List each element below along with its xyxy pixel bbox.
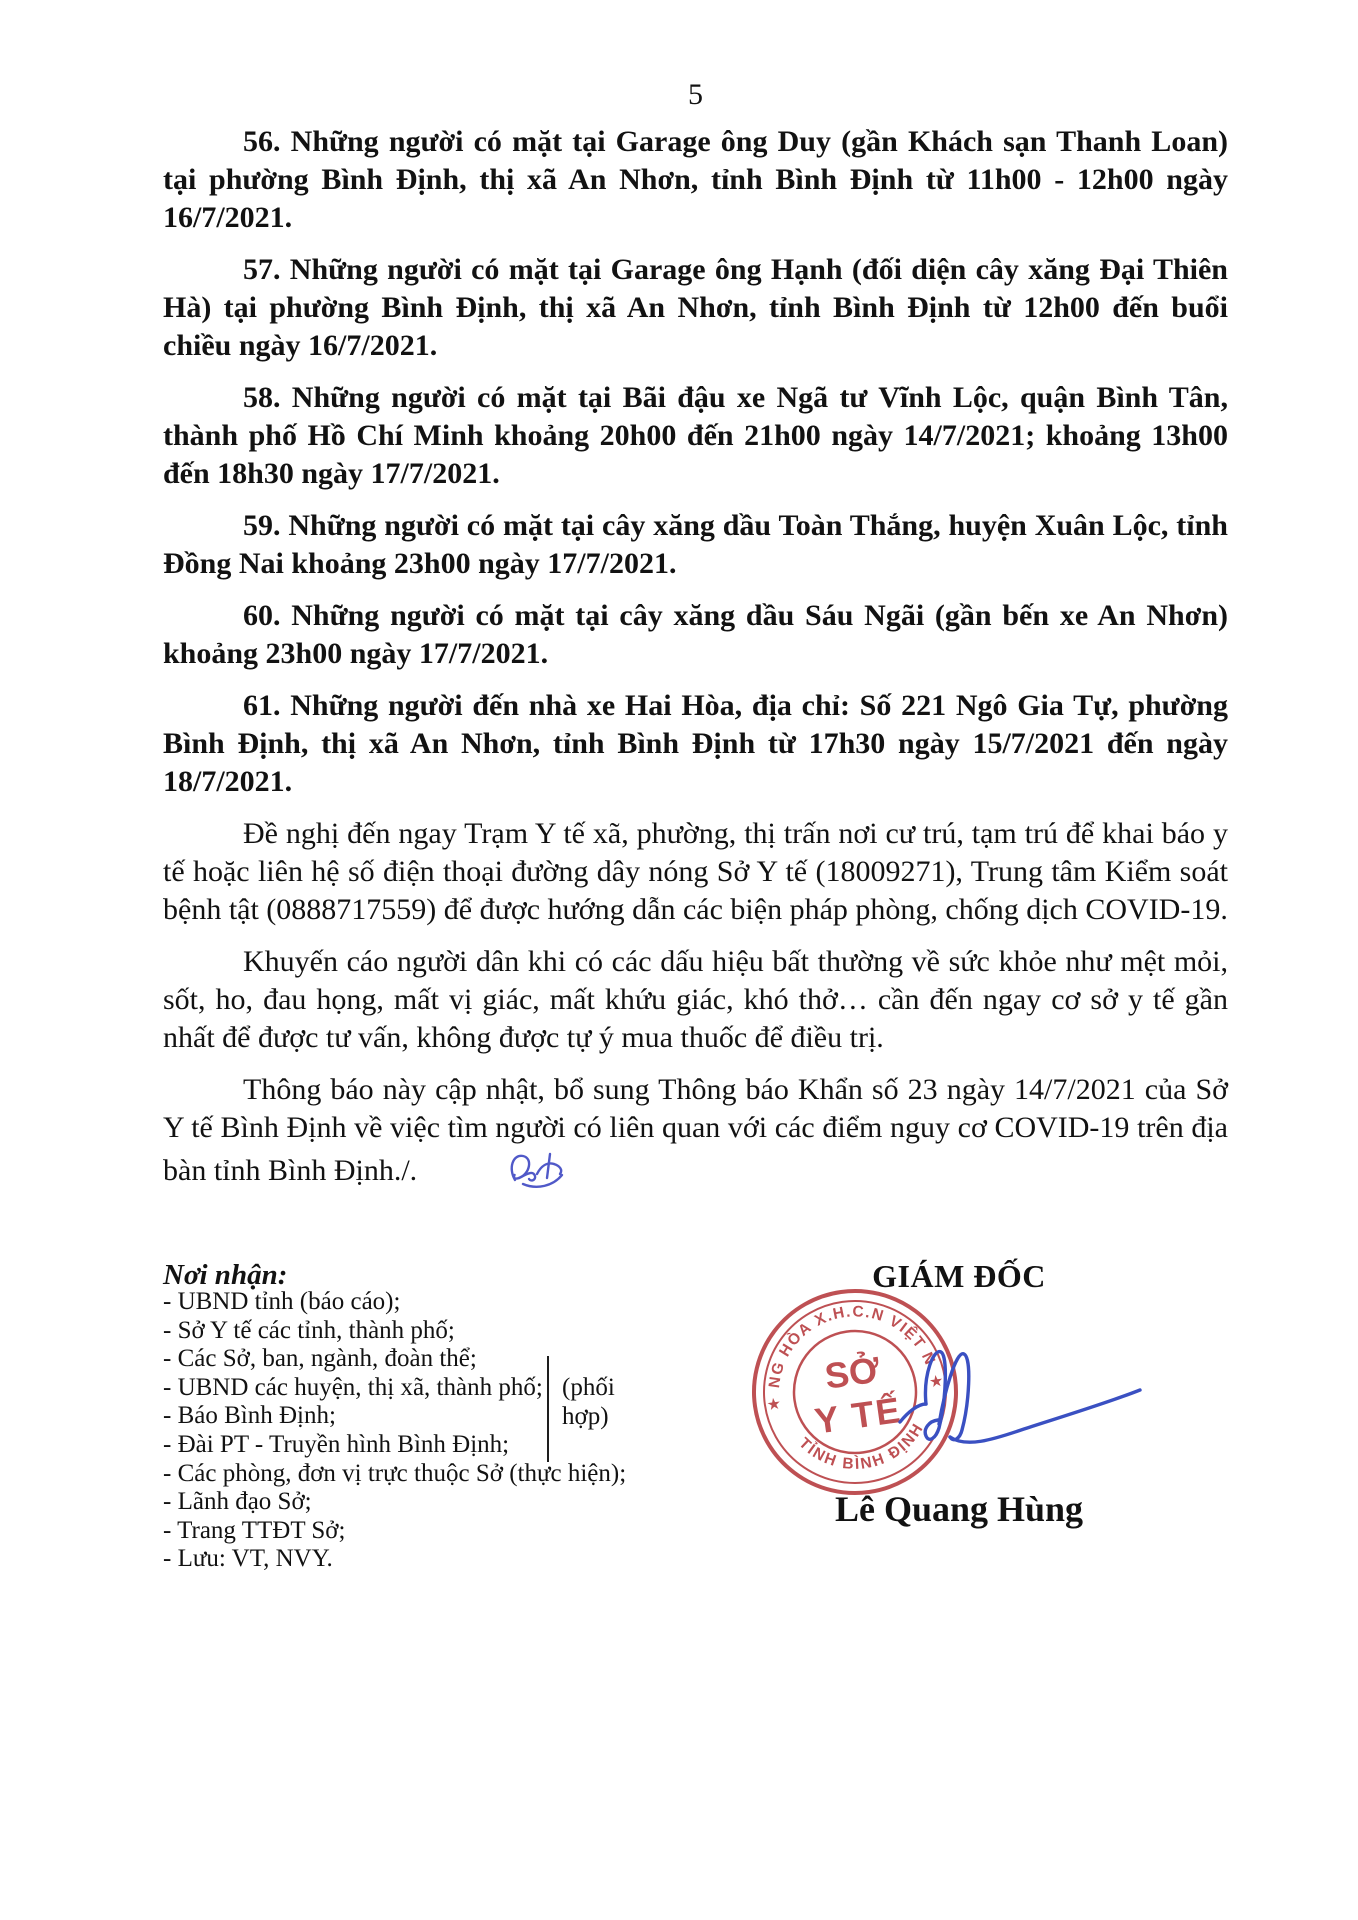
stamp-star-left-icon: ★ — [766, 1395, 783, 1414]
list-item-60: 60. Những người có mặt tại cây xăng dầu … — [163, 597, 1228, 673]
paragraph-update: Thông báo này cập nhật, bổ sung Thông bá… — [163, 1071, 1228, 1203]
recipient-line: - Lãnh đạo Sở; — [163, 1488, 626, 1517]
coordination-bracket-line — [547, 1356, 549, 1462]
recipients-list: - UBND tỉnh (báo cáo); - Sở Y tế các tỉn… — [163, 1288, 626, 1574]
list-item-59: 59. Những người có mặt tại cây xăng dầu … — [163, 507, 1228, 583]
document-page: 5 56. Những người có mặt tại Garage ông … — [0, 0, 1358, 1920]
list-item-56: 56. Những người có mặt tại Garage ông Du… — [163, 123, 1228, 237]
paragraph-warning: Khuyến cáo người dân khi có các dấu hiệu… — [163, 943, 1228, 1057]
list-item-57: 57. Những người có mặt tại Garage ông Hạ… — [163, 251, 1228, 365]
list-item-58: 58. Những người có mặt tại Bãi đậu xe Ng… — [163, 379, 1228, 493]
recipient-line: - Trang TTĐT Sở; — [163, 1517, 626, 1546]
recipient-line: - Lưu: VT, NVY. — [163, 1545, 626, 1574]
page-number: 5 — [163, 78, 1228, 112]
recipient-line: - UBND tỉnh (báo cáo); — [163, 1288, 626, 1317]
document-body: 56. Những người có mặt tại Garage ông Du… — [163, 123, 1228, 1217]
paragraph-update-text: Thông báo này cập nhật, bổ sung Thông bá… — [163, 1073, 1228, 1187]
signer-name: Lê Quang Hùng — [779, 1489, 1139, 1529]
paragraph-advice: Đề nghị đến ngay Trạm Y tế xã, phường, t… — [163, 815, 1228, 929]
recipient-line: - Đài PT - Truyền hình Bình Định; — [163, 1431, 626, 1460]
recipients-label: Nơi nhận: — [163, 1258, 287, 1292]
coordination-note-line: (phối — [562, 1374, 672, 1403]
recipient-line: - Các phòng, đơn vị trực thuộc Sở (thực … — [163, 1460, 626, 1489]
coordination-note: (phối hợp) — [562, 1374, 672, 1431]
recipient-line: - Sở Y tế các tỉnh, thành phố; — [163, 1317, 626, 1346]
handwritten-initial-icon — [425, 1147, 567, 1203]
signature-scribble-icon — [888, 1332, 1148, 1464]
recipient-line: - Báo Bình Định; — [163, 1402, 626, 1431]
list-item-61: 61. Những người đến nhà xe Hai Hòa, địa … — [163, 687, 1228, 801]
stamp-center-line1: SỞ — [822, 1348, 882, 1397]
coordination-note-line: hợp) — [562, 1403, 672, 1432]
recipient-line: - UBND các huyện, thị xã, thành phố; — [163, 1374, 626, 1403]
recipient-line: - Các Sở, ban, ngành, đoàn thể; — [163, 1345, 626, 1374]
